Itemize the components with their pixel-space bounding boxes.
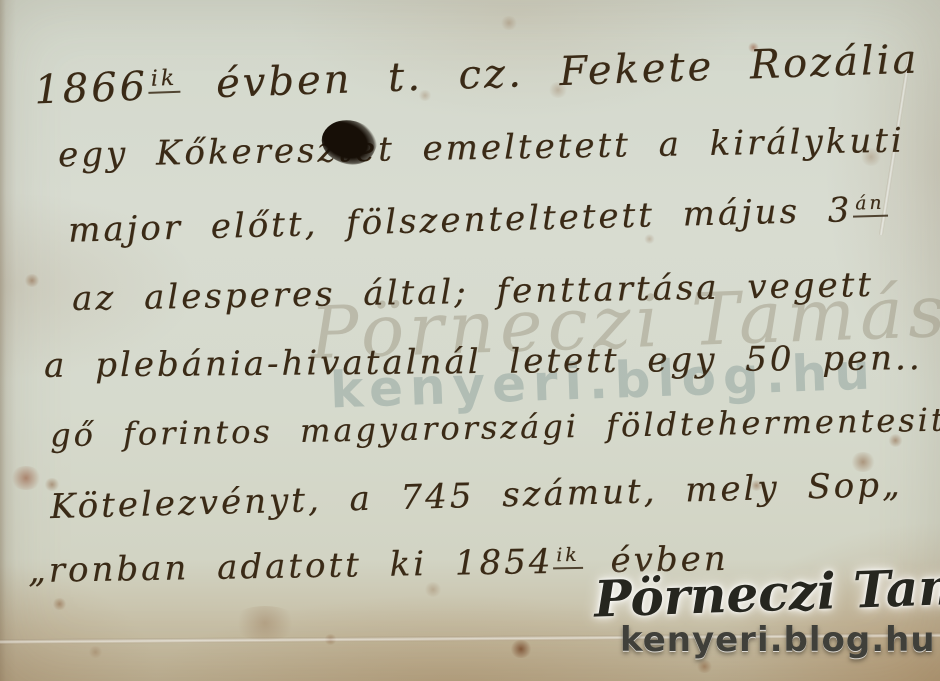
- manuscript-line-5: a plebánia-hivatalnál letett egy 50 pen.…: [44, 338, 923, 386]
- line-text: a plebánia-hivatalnál letett egy 50 pen.…: [44, 338, 923, 386]
- age-spot: [52, 598, 67, 610]
- age-spot: [696, 660, 713, 673]
- line-text: major előtt, fölszenteltetett május 3: [68, 190, 853, 251]
- age-spot: [24, 274, 40, 287]
- manuscript-line-1: 1866ik évben t. cz. Fekete Rozália: [33, 37, 920, 114]
- superscript-ordinal: ik: [147, 67, 180, 94]
- age-spot: [510, 640, 532, 658]
- line-text: „ronban adatott ki 1854: [28, 542, 554, 591]
- age-spot: [500, 16, 518, 30]
- manuscript-line-3: major előtt, fölszenteltetett május 3án: [68, 189, 888, 250]
- age-spot: [230, 606, 300, 640]
- line-text: évben t. cz. Fekete Rozália: [180, 37, 920, 109]
- age-spot: [88, 646, 103, 658]
- superscript-ordinal: án: [852, 194, 888, 217]
- manuscript-line-7: Kötelezvényt, a 745 számut, mely Sop„: [50, 465, 903, 527]
- watermark-corner-blog-url: kenyeri.blog.hu: [620, 620, 936, 660]
- superscript-ordinal: ik: [553, 546, 583, 569]
- age-spot: [10, 466, 42, 490]
- line-text: Kötelezvényt, a 745 számut, mely Sop„: [50, 465, 903, 527]
- line-text: 1866: [33, 63, 148, 113]
- line-text: gő forintos magyarországi földtehermente…: [50, 400, 940, 455]
- line-text: egy Kőkeresztet emeltetett a királykuti: [58, 121, 905, 176]
- manuscript-page: Pörneczi Tamás kenyeri.blog.hu 1866ik év…: [0, 0, 940, 681]
- manuscript-line-2: egy Kőkeresztet emeltetett a királykuti: [58, 121, 905, 176]
- age-spot: [424, 582, 442, 597]
- manuscript-line-6: gő forintos magyarországi földtehermente…: [50, 400, 940, 455]
